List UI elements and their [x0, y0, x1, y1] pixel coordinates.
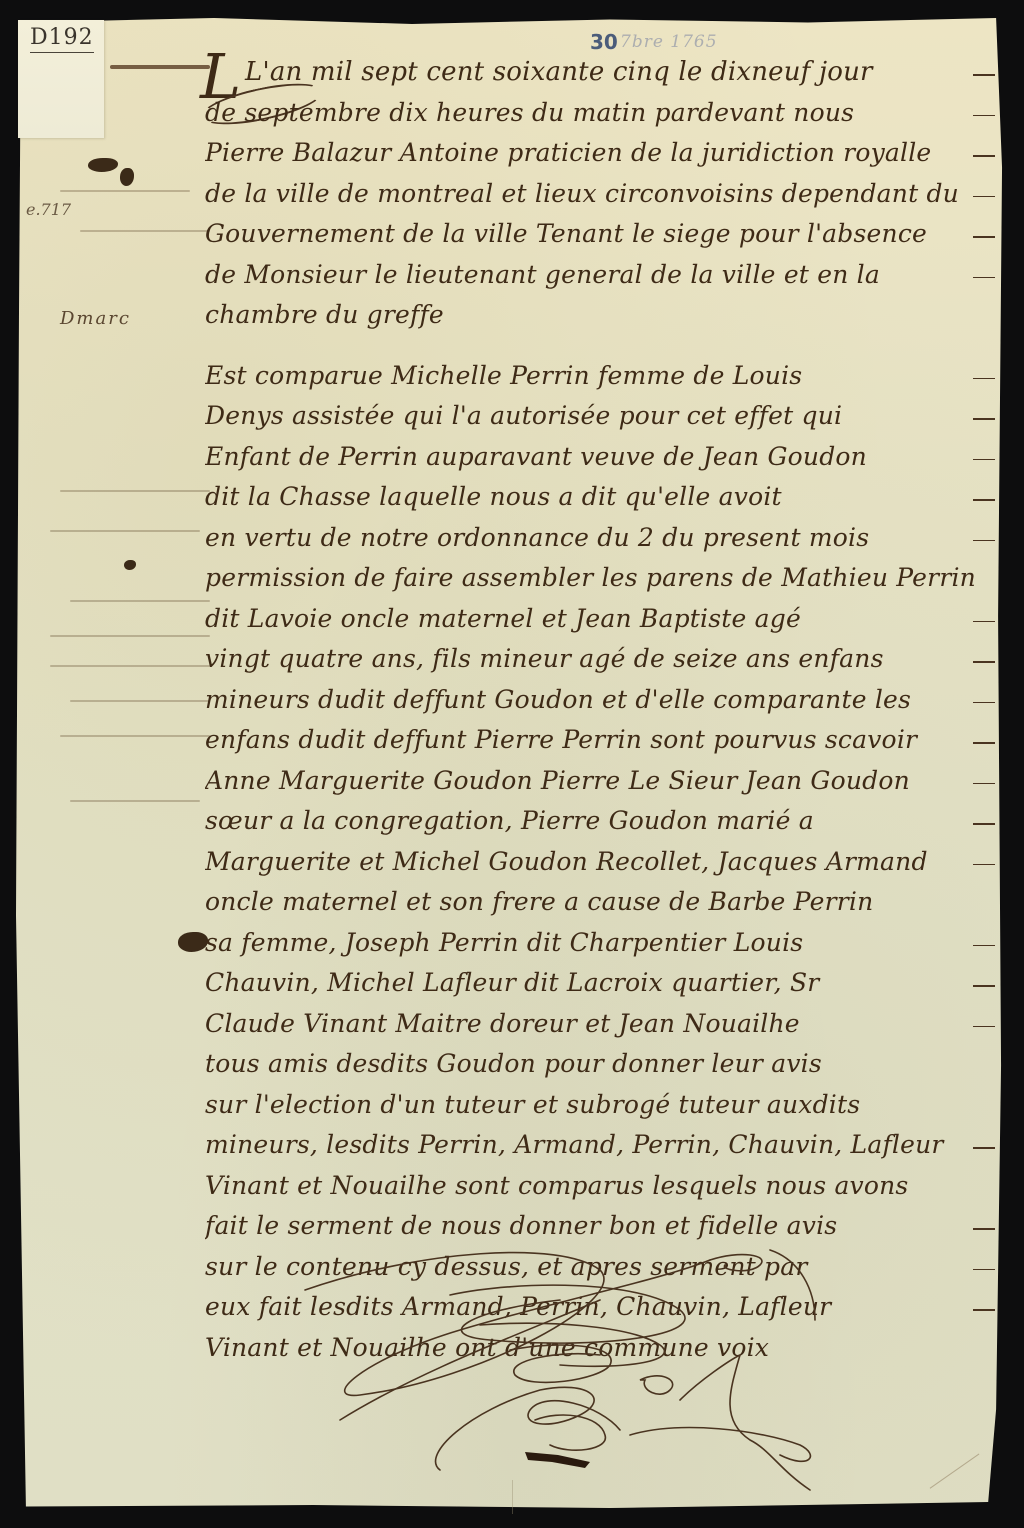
bleed-through-stroke	[110, 65, 210, 69]
manuscript-line: Denys assistée qui l'a autorisée pour ce…	[205, 396, 995, 437]
manuscript-line: sœur a la congregation, Pierre Goudon ma…	[205, 801, 995, 842]
manuscript-line: oncle maternel et son frere a cause de B…	[205, 882, 995, 923]
bleed-through-stroke	[70, 600, 210, 602]
bleed-through-stroke	[70, 700, 210, 702]
bleed-through-stroke	[50, 530, 200, 532]
signature-paraphe	[300, 1240, 820, 1500]
archive-code: D192	[30, 26, 94, 53]
pencil-date-annotation: 7bre 1765	[620, 32, 718, 52]
manuscript-line: de septembre dix heures du matin pardeva…	[205, 93, 995, 134]
manuscript-line: mineurs dudit deffunt Goudon et d'elle c…	[205, 680, 995, 721]
manuscript-line: sur l'election d'un tuteur et subrogé tu…	[205, 1085, 995, 1126]
manuscript-line: Gouvernement de la ville Tenant le siege…	[205, 214, 995, 255]
manuscript-line: de Monsieur le lieutenant general de la …	[205, 255, 995, 296]
document-scan: D192 30 7bre 1765 e.717 Dmarc L L'an mil…	[0, 0, 1024, 1528]
manuscript-line: vingt quatre ans, fils mineur agé de sei…	[205, 639, 995, 680]
manuscript-line: dit la Chasse laquelle nous a dit qu'ell…	[205, 477, 995, 518]
manuscript-line: Anne Marguerite Goudon Pierre Le Sieur J…	[205, 761, 995, 802]
line-spacer	[205, 336, 995, 356]
bleed-through-stroke	[70, 800, 200, 802]
bleed-through-stroke	[60, 190, 190, 192]
folio-number: 30	[590, 30, 618, 54]
bleed-through-stroke	[50, 665, 210, 667]
manuscript-body: L'an mil sept cent soixante cinq le dixn…	[205, 52, 995, 1368]
manuscript-line: mineurs, lesdits Perrin, Armand, Perrin,…	[205, 1125, 995, 1166]
bleed-through-stroke	[50, 635, 210, 637]
manuscript-line: chambre du greffe	[205, 295, 995, 336]
margin-note-abbrev: Dmarc	[60, 308, 131, 329]
bleed-through-stroke	[60, 490, 210, 492]
paper-fold	[512, 1480, 513, 1514]
bleed-through-stroke	[80, 230, 210, 232]
manuscript-line: enfans dudit deffunt Pierre Perrin sont …	[205, 720, 995, 761]
manuscript-line: L'an mil sept cent soixante cinq le dixn…	[205, 52, 995, 93]
manuscript-line: permission de faire assembler les parens…	[205, 558, 995, 599]
signature-flourish-icon	[300, 1240, 820, 1500]
manuscript-line: tous amis desdits Goudon pour donner leu…	[205, 1044, 995, 1085]
manuscript-line: Enfant de Perrin auparavant veuve de Jea…	[205, 437, 995, 478]
manuscript-line: Chauvin, Michel Lafleur dit Lacroix quar…	[205, 963, 995, 1004]
manuscript-line: Est comparue Michelle Perrin femme de Lo…	[205, 356, 995, 397]
manuscript-line: Claude Vinant Maitre doreur et Jean Noua…	[205, 1004, 995, 1045]
manuscript-line: de la ville de montreal et lieux circonv…	[205, 174, 995, 215]
manuscript-line: Vinant et Nouailhe sont comparus lesquel…	[205, 1166, 995, 1207]
manuscript-line: Pierre Balazur Antoine praticien de la j…	[205, 133, 995, 174]
bleed-through-stroke	[60, 735, 210, 737]
margin-note-reference: e.717	[26, 200, 71, 219]
manuscript-line: en vertu de notre ordonnance du 2 du pre…	[205, 518, 995, 559]
manuscript-line: dit Lavoie oncle maternel et Jean Baptis…	[205, 599, 995, 640]
manuscript-line: Marguerite et Michel Goudon Recollet, Ja…	[205, 842, 995, 883]
manuscript-line: sa femme, Joseph Perrin dit Charpentier …	[205, 923, 995, 964]
